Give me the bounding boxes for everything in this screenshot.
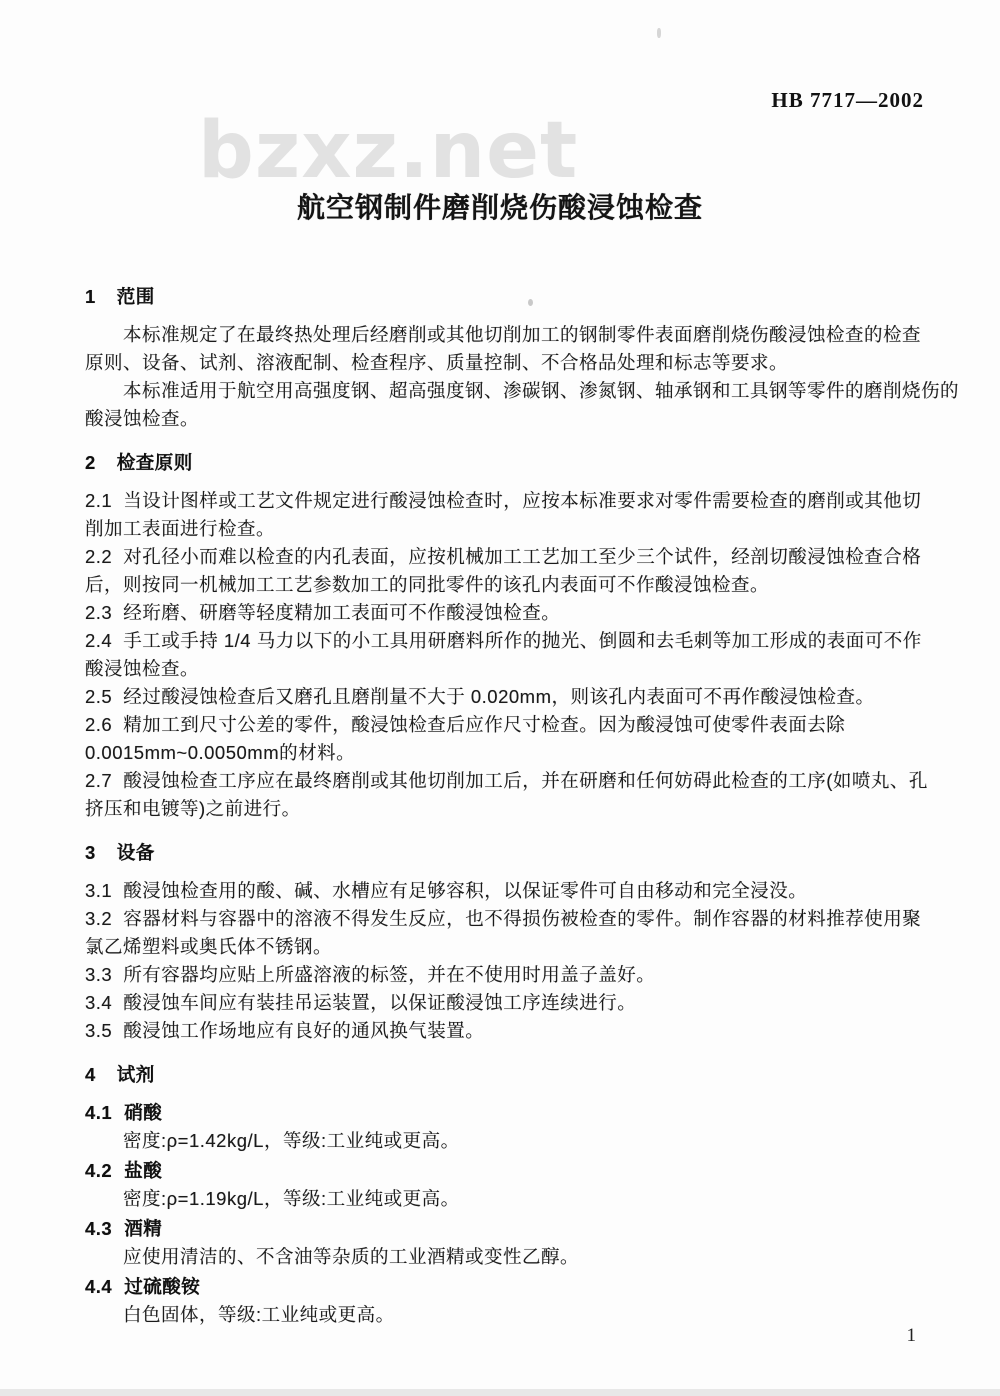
clause-number: 4 <box>85 1064 96 1085</box>
scanned-document-page: HB 7717—2002 bzxz.net 航空钢制件磨削烧伤酸浸蚀检查 1范围… <box>0 0 1000 1396</box>
clause-line: 3.1酸浸蚀检查用的酸、碱、水槽应有足够容积，以保证零件可自由移动和完全浸没。 <box>85 877 935 905</box>
clause-number: 4.3 <box>85 1218 112 1239</box>
line-text: 酸浸蚀工作场地应有良好的通风换气装置。 <box>123 1020 484 1041</box>
clause-line: 2.1当设计图样或工艺文件规定进行酸浸蚀检查时，应按本标准要求对零件需要检查的磨… <box>85 487 935 515</box>
clause-number: 3.1 <box>85 880 112 901</box>
line-text: 酸浸蚀检查。 <box>85 658 199 679</box>
line-text: 酸浸蚀车间应有装挂吊运装置，以保证酸浸蚀工序连续进行。 <box>123 992 636 1013</box>
page-number: 1 <box>907 1325 917 1347</box>
text-line: 密度:ρ=1.42kg/L，等级:工业纯或更高。 <box>85 1127 935 1155</box>
clause-number: 2.3 <box>85 602 112 623</box>
line-text: 精加工到尺寸公差的零件，酸浸蚀检查后应作尺寸检查。因为酸浸蚀可使零件表面去除 <box>123 714 845 735</box>
line-text: 对孔径小而难以检查的内孔表面，应按机械加工工艺加工至少三个试件，经剖切酸浸蚀检查… <box>123 546 921 567</box>
standard-code: HB 7717—2002 <box>771 88 924 113</box>
line-text: 应使用清洁的、不含油等杂质的工业酒精或变性乙醇。 <box>123 1246 579 1267</box>
line-text: 检查原则 <box>117 452 193 473</box>
clause-number: 2.7 <box>85 770 112 791</box>
line-text: 削加工表面进行检查。 <box>85 518 275 539</box>
clause-line: 2.7酸浸蚀检查工序应在最终磨削或其他切削加工后，并在研磨和任何妨碍此检查的工序… <box>85 767 935 795</box>
line-text: 设备 <box>117 842 155 863</box>
clause-number: 4.2 <box>85 1160 112 1181</box>
line-text: 容器材料与容器中的溶液不得发生反应，也不得损伤被检查的零件。制作容器的材料推荐使… <box>123 908 921 929</box>
clause-number: 2.1 <box>85 490 112 511</box>
line-text: 硝酸 <box>124 1102 162 1123</box>
text-line: 氯乙烯塑料或奥氏体不锈钢。 <box>85 933 935 961</box>
clause-line: 2.6精加工到尺寸公差的零件，酸浸蚀检查后应作尺寸检查。因为酸浸蚀可使零件表面去… <box>85 711 935 739</box>
line-text: 手工或手持 1/4 马力以下的小工具用研磨料所作的抛光、倒圆和去毛刺等加工形成的… <box>123 630 922 651</box>
line-text: 密度:ρ=1.19kg/L，等级:工业纯或更高。 <box>123 1188 460 1209</box>
line-text: 酸浸蚀检查工序应在最终磨削或其他切削加工后，并在研磨和任何妨碍此检查的工序(如喷… <box>123 770 928 791</box>
clause-number: 3.4 <box>85 992 112 1013</box>
section-heading: 3设备 <box>85 839 935 867</box>
section-heading: 4试剂 <box>85 1061 935 1089</box>
line-text: 酒精 <box>124 1218 162 1239</box>
scan-edge-strip <box>0 1389 1000 1396</box>
clause-line: 3.3所有容器均应贴上所盛溶液的标签，并在不使用时用盖子盖好。 <box>85 961 935 989</box>
text-line: 应使用清洁的、不含油等杂质的工业酒精或变性乙醇。 <box>85 1243 935 1271</box>
line-text: 密度:ρ=1.42kg/L，等级:工业纯或更高。 <box>123 1130 460 1151</box>
line-text: 范围 <box>117 286 155 307</box>
document-body: 1范围本标准规定了在最终热处理后经磨削或其他切削加工的钢制零件表面磨削烧伤酸浸蚀… <box>85 283 935 1329</box>
subclause-heading: 4.3酒精 <box>85 1215 935 1243</box>
scan-speck <box>657 28 661 38</box>
clause-line: 2.2对孔径小而难以检查的内孔表面，应按机械加工工艺加工至少三个试件，经剖切酸浸… <box>85 543 935 571</box>
line-text: 原则、设备、试剂、溶液配制、检查程序、质量控制、不合格品处理和标志等要求。 <box>85 352 788 373</box>
line-text: 盐酸 <box>124 1160 162 1181</box>
line-text: 试剂 <box>117 1064 155 1085</box>
line-text: 当设计图样或工艺文件规定进行酸浸蚀检查时，应按本标准要求对零件需要检查的磨削或其… <box>123 490 921 511</box>
text-line: 本标准规定了在最终热处理后经磨削或其他切削加工的钢制零件表面磨削烧伤酸浸蚀检查的… <box>85 321 935 349</box>
text-line: 酸浸蚀检查。 <box>85 405 935 433</box>
clause-number: 3.3 <box>85 964 112 985</box>
line-text: 酸浸蚀检查。 <box>85 408 199 429</box>
clause-number: 3.2 <box>85 908 112 929</box>
clause-line: 2.4手工或手持 1/4 马力以下的小工具用研磨料所作的抛光、倒圆和去毛刺等加工… <box>85 627 935 655</box>
clause-line: 3.5酸浸蚀工作场地应有良好的通风换气装置。 <box>85 1017 935 1045</box>
line-text: 挤压和电镀等)之前进行。 <box>85 798 301 819</box>
clause-number: 2.6 <box>85 714 112 735</box>
clause-number: 2 <box>85 452 96 473</box>
line-text: 白色固体，等级:工业纯或更高。 <box>123 1304 395 1325</box>
line-text: 后，则按同一机械加工工艺参数加工的同批零件的该孔内表面可不作酸浸蚀检查。 <box>85 574 769 595</box>
clause-number: 3.5 <box>85 1020 112 1041</box>
document-title: 航空钢制件磨削烧伤酸浸蚀检查 <box>0 186 1000 226</box>
subclause-heading: 4.2盐酸 <box>85 1157 935 1185</box>
line-text: 过硫酸铵 <box>124 1276 200 1297</box>
text-line: 0.0015mm~0.0050mm的材料。 <box>85 739 935 767</box>
line-text: 酸浸蚀检查用的酸、碱、水槽应有足够容积，以保证零件可自由移动和完全浸没。 <box>123 880 807 901</box>
text-line: 后，则按同一机械加工工艺参数加工的同批零件的该孔内表面可不作酸浸蚀检查。 <box>85 571 935 599</box>
clause-number: 4.4 <box>85 1276 112 1297</box>
clause-line: 2.5经过酸浸蚀检查后又磨孔且磨削量不大于 0.020mm，则该孔内表面可不再作… <box>85 683 935 711</box>
line-text: 0.0015mm~0.0050mm的材料。 <box>85 742 355 763</box>
text-line: 白色固体，等级:工业纯或更高。 <box>85 1301 935 1329</box>
section-heading: 2检查原则 <box>85 449 935 477</box>
text-line: 原则、设备、试剂、溶液配制、检查程序、质量控制、不合格品处理和标志等要求。 <box>85 349 935 377</box>
section-heading: 1范围 <box>85 283 935 311</box>
clause-number: 2.4 <box>85 630 112 651</box>
clause-line: 3.2容器材料与容器中的溶液不得发生反应，也不得损伤被检查的零件。制作容器的材料… <box>85 905 935 933</box>
clause-number: 3 <box>85 842 96 863</box>
text-line: 削加工表面进行检查。 <box>85 515 935 543</box>
text-line: 挤压和电镀等)之前进行。 <box>85 795 935 823</box>
text-line: 酸浸蚀检查。 <box>85 655 935 683</box>
line-text: 本标准适用于航空用高强度钢、超高强度钢、渗碳钢、渗氮钢、轴承钢和工具钢等零件的磨… <box>123 380 959 401</box>
clause-number: 4.1 <box>85 1102 112 1123</box>
line-text: 氯乙烯塑料或奥氏体不锈钢。 <box>85 936 332 957</box>
line-text: 经过酸浸蚀检查后又磨孔且磨削量不大于 0.020mm，则该孔内表面可不再作酸浸蚀… <box>123 686 874 707</box>
subclause-heading: 4.4过硫酸铵 <box>85 1273 935 1301</box>
line-text: 所有容器均应贴上所盛溶液的标签，并在不使用时用盖子盖好。 <box>123 964 655 985</box>
line-text: 经珩磨、研磨等轻度精加工表面可不作酸浸蚀检查。 <box>123 602 560 623</box>
text-line: 本标准适用于航空用高强度钢、超高强度钢、渗碳钢、渗氮钢、轴承钢和工具钢等零件的磨… <box>85 377 935 405</box>
line-text: 本标准规定了在最终热处理后经磨削或其他切削加工的钢制零件表面磨削烧伤酸浸蚀检查的… <box>123 324 921 345</box>
watermark-text: bzxz.net <box>198 112 578 190</box>
text-line: 密度:ρ=1.19kg/L，等级:工业纯或更高。 <box>85 1185 935 1213</box>
clause-number: 1 <box>85 286 96 307</box>
clause-line: 2.3经珩磨、研磨等轻度精加工表面可不作酸浸蚀检查。 <box>85 599 935 627</box>
subclause-heading: 4.1硝酸 <box>85 1099 935 1127</box>
clause-number: 2.2 <box>85 546 112 567</box>
clause-line: 3.4酸浸蚀车间应有装挂吊运装置，以保证酸浸蚀工序连续进行。 <box>85 989 935 1017</box>
clause-number: 2.5 <box>85 686 112 707</box>
